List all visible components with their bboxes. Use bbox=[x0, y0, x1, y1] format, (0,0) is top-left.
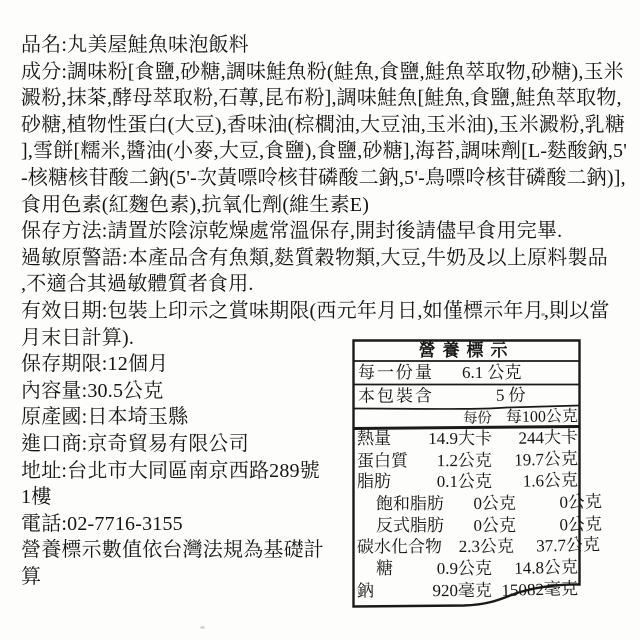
servings-per-package-row: 本包裝含5 份 bbox=[358, 384, 577, 408]
nutrient-row-carbohydrate: 碳水化合物 2.3公克 37.7公克 bbox=[357, 536, 578, 559]
servings-label: 本包裝含 bbox=[358, 385, 454, 408]
line-storage-method: 保存方法:請置於陰涼乾燥處常溫保存,開封後請儘早食用完畢. bbox=[21, 218, 625, 245]
line-ingredients-6: 食用色素(紅麴色素),抗氧化劑(維生素E) bbox=[21, 192, 625, 219]
nutrient-row-energy: 熱量 14.9大卡 244大卡 bbox=[357, 428, 578, 450]
line-net-content: 內容量:30.5公克 bbox=[21, 378, 353, 405]
label-text-full-width: 品名:丸美屋鮭魚味泡飯料 成分:調味粉[食鹽,砂糖,調味鮭魚粉(鮭魚,食鹽,鮭魚… bbox=[21, 32, 625, 351]
col-header-per-100g: 每100公克 bbox=[492, 408, 578, 427]
line-ingredients-1: 成分:調味粉[食鹽,砂糖,調味鮭魚粉(鮭魚,食鹽,鮭魚萃取物,砂糖),玉米 bbox=[21, 59, 625, 86]
scan-noise bbox=[541, 313, 545, 316]
nutrition-title: 營養標示 bbox=[354, 341, 579, 361]
line-note-2: 算 bbox=[21, 564, 353, 591]
nutrition-facts-table: 營養標示 每一份量6.1 公克 本包裝含5 份 每份 每100公克 熱量 14.… bbox=[352, 339, 581, 611]
nutrient-row-saturated-fat: 飽和脂肪 0公克 0公克 bbox=[357, 493, 578, 516]
line-product-name: 品名:丸美屋鮭魚味泡飯料 bbox=[21, 32, 625, 59]
nutrient-row-sodium: 鈉 920毫克 15082毫克 bbox=[357, 579, 578, 602]
line-ingredients-2: 澱粉,抹茶,酵母萃取粉,石蓴,昆布粉],調味鮭魚[鮭魚,食鹽,鮭魚萃取物, bbox=[21, 85, 625, 112]
line-ingredients-4: ],雪餅[糯米,醬油(小麥,大豆,食鹽),食鹽,砂糖],海苔,調味劑[L-麩酸鈉… bbox=[21, 138, 625, 165]
line-allergen-2: ,不適合其過敏體質者食用. bbox=[21, 271, 625, 298]
servings-value: 5 份 bbox=[496, 386, 526, 405]
nutrient-row-protein: 蛋白質 1.2公克 19.7公克 bbox=[357, 449, 578, 472]
line-importer: 進口商:京奇貿易有限公司 bbox=[21, 431, 353, 458]
line-origin: 原產國:日本埼玉縣 bbox=[21, 404, 353, 431]
nutrient-row-fat: 脂肪 0.1公克 1.6公克 bbox=[357, 471, 578, 493]
serving-size-row: 每一份量6.1 公克 bbox=[358, 362, 577, 384]
line-ingredients-3: 砂糖,植物性蛋白(大豆),香味油(棕櫚油,大豆油,玉米油),玉米澱粉,乳糖 bbox=[21, 112, 625, 139]
col-header-per-serving: 每份 bbox=[418, 409, 492, 428]
line-shelf-life: 保存期限:12個月 bbox=[21, 351, 353, 378]
nutrient-row-sugar: 糖 0.9公克 14.8公克 bbox=[357, 558, 578, 580]
nutrition-rows: 熱量 14.9大卡 244大卡 蛋白質 1.2公克 19.7公克 脂肪 0.1公… bbox=[357, 428, 578, 602]
scan-noise bbox=[200, 626, 205, 629]
serving-size-label: 每一份量 bbox=[358, 362, 454, 384]
label-text-beside-table: 保存期限:12個月 內容量:30.5公克 原產國:日本埼玉縣 進口商:京奇貿易有… bbox=[21, 351, 353, 590]
line-allergen-1: 過敏原警語:本產品含有魚類,麩質穀物類,大豆,牛奶及以上原料製品 bbox=[21, 245, 625, 272]
line-expiry-1: 有效日期:包裝上印示之賞味期限(西元年月日,如僅標示年月,則以當 bbox=[21, 298, 625, 325]
line-address-1: 地址:台北市大同區南京西路289號 bbox=[21, 458, 353, 485]
line-address-2: 1樓 bbox=[21, 484, 353, 511]
line-note-1: 營養標示數值依台灣法規為基礎計 bbox=[21, 537, 353, 564]
line-phone: 電話:02-7716-3155 bbox=[21, 511, 353, 538]
nutrient-row-trans-fat: 反式脂肪 0公克 0公克 bbox=[357, 515, 578, 537]
line-ingredients-5: -核糖核苷酸二鈉(5'-次黃嘌呤核苷磷酸二鈉,5'-鳥嘌呤核苷磷酸二鈉)], bbox=[21, 165, 625, 192]
serving-size-value: 6.1 公克 bbox=[462, 363, 522, 382]
scanned-label-page: 品名:丸美屋鮭魚味泡飯料 成分:調味粉[食鹽,砂糖,調味鮭魚粉(鮭魚,食鹽,鮭魚… bbox=[0, 0, 640, 640]
